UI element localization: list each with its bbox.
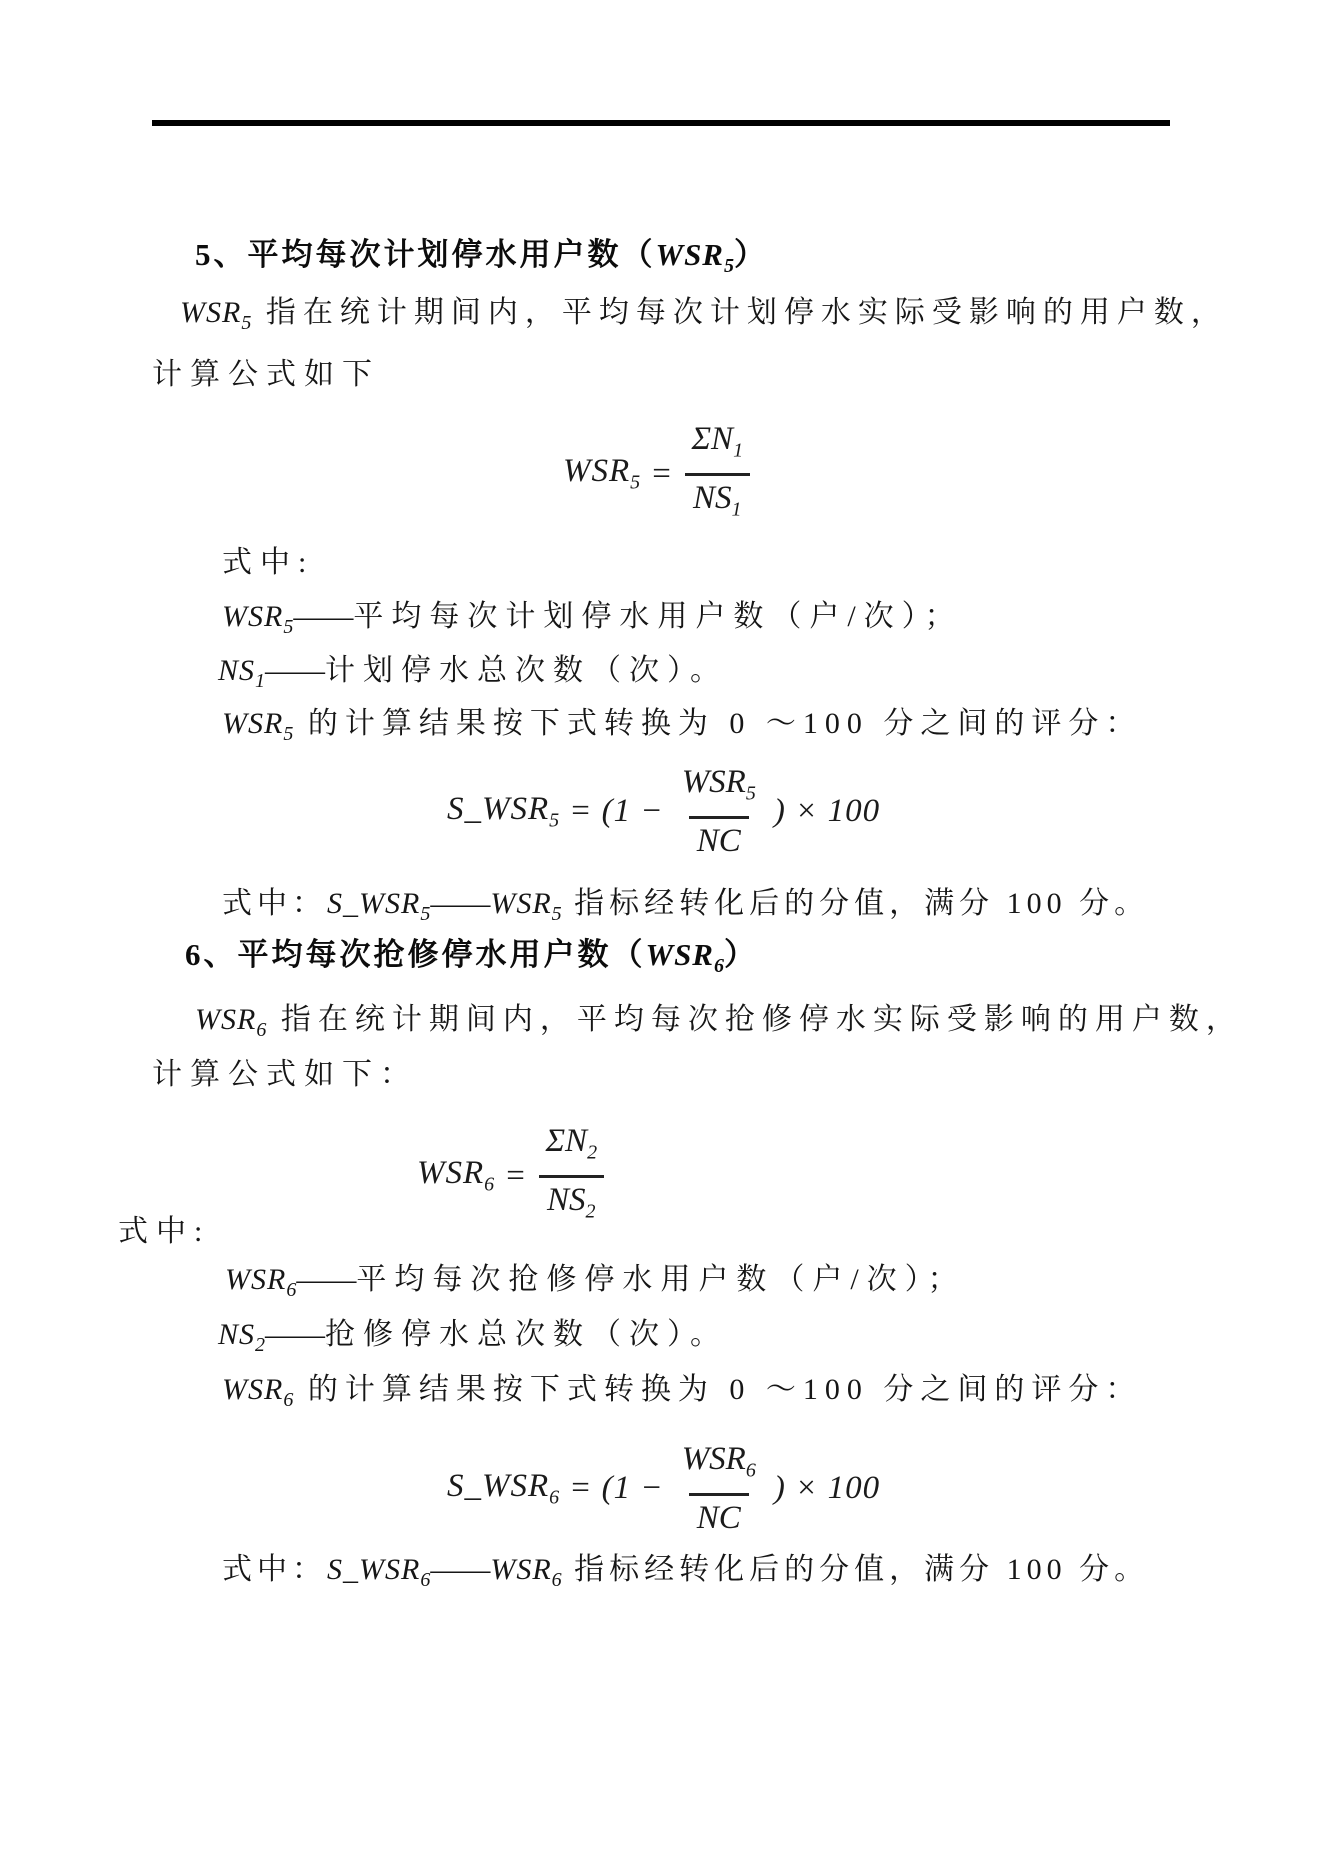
- em-dash: ——: [293, 600, 353, 633]
- fraction: ΣN2 NS2: [537, 1122, 605, 1230]
- formula-lhs: S_WSR6: [447, 1468, 559, 1510]
- definition-text: 平均每次抢修停水用户数（户/次）；: [356, 1263, 965, 1296]
- equals-open: = (1 −: [559, 793, 674, 830]
- em-dash: ——: [430, 887, 490, 920]
- denominator: NC: [689, 816, 749, 860]
- formula-lhs: S_WSR5: [447, 791, 559, 833]
- conversion-line: WSR6 的计算结果按下式转换为 0 ～100 分之间的评分：: [222, 1370, 1142, 1420]
- math-var: S_WSR5: [327, 887, 430, 920]
- denominator: NS1: [685, 473, 750, 529]
- conversion-line: WSR5 的计算结果按下式转换为 0 ～100 分之间的评分：: [222, 704, 1142, 754]
- intro-line-1: WSR5 指在统计期间内，平均每次计划停水实际受影响的用户数，: [180, 293, 1228, 343]
- formula-score-wsr5: S_WSR5 = (1 − WSR5 NC ) × 100: [447, 763, 890, 860]
- formula-score-wsr6: S_WSR6 = (1 − WSR6 NC ) × 100: [447, 1440, 890, 1537]
- note-text: 指标经转化后的分值，满分 100 分。: [562, 887, 1150, 920]
- numerator: ΣN2: [537, 1122, 605, 1175]
- math-var: WSR5: [180, 296, 251, 329]
- math-var: WSR6: [195, 1003, 266, 1036]
- numerator: WSR5: [674, 763, 764, 816]
- math-var: WSR6: [490, 1553, 561, 1586]
- numerator: ΣN1: [683, 420, 751, 473]
- close-times-100: ) × 100: [764, 1470, 890, 1507]
- math-var: WSR5: [222, 707, 293, 740]
- heading-number: 5、: [195, 237, 248, 272]
- fraction: ΣN1 NS1: [683, 420, 751, 528]
- note-label: 式中：: [222, 1553, 327, 1586]
- definition-line: WSR5——平均每次计划停水用户数（户/次）；: [222, 597, 963, 647]
- heading-close-paren: ）: [734, 237, 768, 272]
- definition-line: NS1——计划停水总次数（次）。: [218, 651, 728, 701]
- definition-text: 平均每次计划停水用户数（户/次）；: [353, 600, 962, 633]
- equals-sign: =: [640, 456, 683, 493]
- fraction: WSR6 NC: [674, 1440, 764, 1537]
- conversion-text: 的计算结果按下式转换为 0 ～100 分之间的评分：: [293, 707, 1142, 740]
- formula-lhs: WSR6: [417, 1155, 494, 1197]
- note-line: 式中：S_WSR5——WSR5 指标经转化后的分值，满分 100 分。: [222, 884, 1149, 934]
- formula-average-wsr5: WSR5 = ΣN1 NS1: [563, 420, 751, 528]
- math-var: S_WSR6: [327, 1553, 430, 1586]
- definition-line: WSR6——平均每次抢修停水用户数（户/次）；: [225, 1260, 966, 1310]
- definition-text: 计划停水总次数（次）。: [325, 654, 728, 687]
- equals-open: = (1 −: [559, 1470, 674, 1507]
- where-label: 式中:: [222, 543, 314, 583]
- denominator: NS2: [539, 1175, 604, 1231]
- conversion-text: 的计算结果按下式转换为 0 ～100 分之间的评分：: [293, 1373, 1142, 1406]
- math-var: WSR5: [490, 887, 561, 920]
- formula-lhs: WSR5: [563, 453, 640, 495]
- em-dash: ——: [265, 1318, 325, 1351]
- denominator: NC: [689, 1493, 749, 1537]
- equals-sign: =: [494, 1158, 537, 1195]
- intro-text: 指在统计期间内，平均每次抢修停水实际受影响的用户数，: [266, 1003, 1243, 1036]
- math-var: WSR6: [225, 1263, 296, 1296]
- definition-text: 抢修停水总次数（次）。: [325, 1318, 728, 1351]
- note-line: 式中：S_WSR6——WSR6 指标经转化后的分值，满分 100 分。: [222, 1550, 1149, 1600]
- heading-title: 平均每次抢修停水用户数（: [238, 937, 646, 972]
- note-text: 指标经转化后的分值，满分 100 分。: [562, 1553, 1150, 1586]
- heading-number: 6、: [185, 937, 238, 972]
- fraction: WSR5 NC: [674, 763, 764, 860]
- math-var: WSR6: [222, 1373, 293, 1406]
- math-var: NS2: [218, 1318, 265, 1351]
- intro-text: 指在统计期间内，平均每次计划停水实际受影响的用户数，: [251, 296, 1228, 329]
- note-label: 式中：: [222, 887, 327, 920]
- em-dash: ——: [430, 1553, 490, 1586]
- section-6-heading: 6、平均每次抢修停水用户数（WSR6）: [185, 935, 758, 986]
- intro-line-2: 计算公式如下：: [152, 1055, 418, 1095]
- em-dash: ——: [265, 654, 325, 687]
- section-5-heading: 5、平均每次计划停水用户数（WSR5）: [195, 235, 768, 286]
- math-var: WSR5: [222, 600, 293, 633]
- numerator: WSR6: [674, 1440, 764, 1493]
- document-page: 5、平均每次计划停水用户数（WSR5） WSR5 指在统计期间内，平均每次计划停…: [0, 0, 1323, 1871]
- heading-close-paren: ）: [724, 937, 758, 972]
- where-label: 式中:: [118, 1212, 210, 1252]
- em-dash: ——: [296, 1263, 356, 1296]
- intro-line-2: 计算公式如下: [152, 355, 380, 395]
- intro-line-1: WSR6 指在统计期间内，平均每次抢修停水实际受影响的用户数，: [195, 1000, 1243, 1050]
- definition-line: NS2——抢修停水总次数（次）。: [218, 1315, 728, 1365]
- heading-title: 平均每次计划停水用户数（: [248, 237, 656, 272]
- heading-math-var: WSR6: [646, 937, 724, 972]
- heading-math-var: WSR5: [656, 237, 734, 272]
- close-times-100: ) × 100: [764, 793, 890, 830]
- header-rule: [152, 120, 1170, 126]
- formula-average-wsr6: WSR6 = ΣN2 NS2: [417, 1122, 605, 1230]
- math-var: NS1: [218, 654, 265, 687]
